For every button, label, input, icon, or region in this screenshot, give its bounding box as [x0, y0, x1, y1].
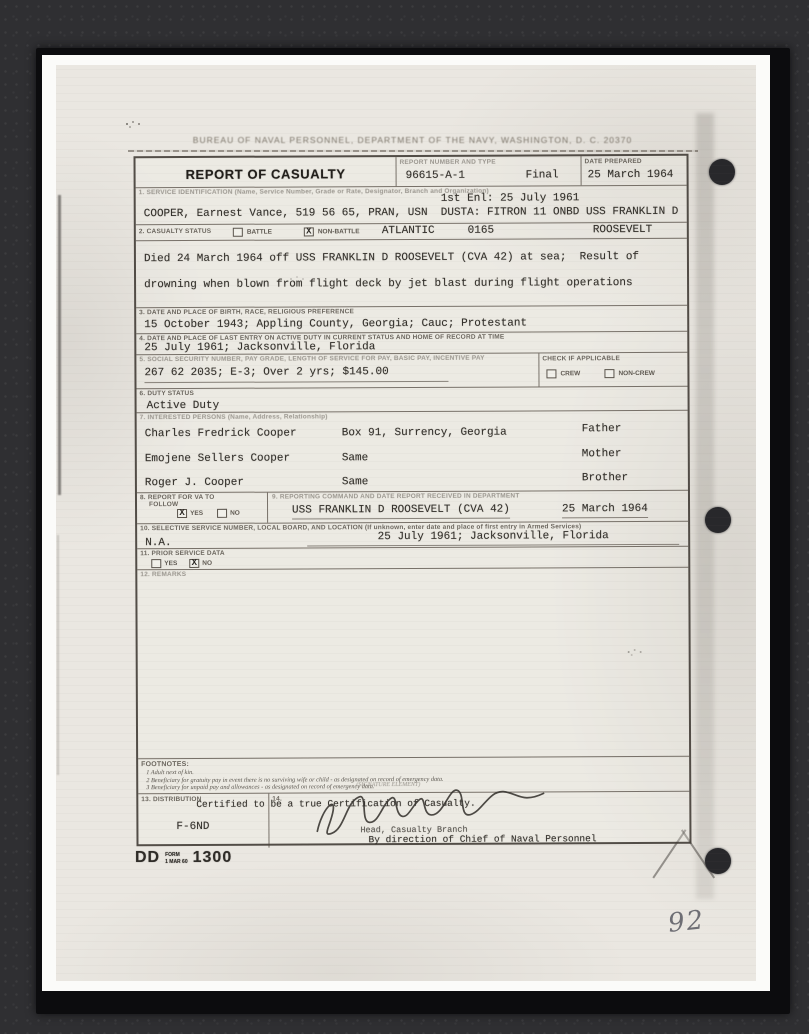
- hole-punch-dot: [705, 507, 731, 533]
- va-yes-checkbox-mark: X: [178, 507, 186, 517]
- casualty-description-line2: drowning when blown from flight deck by …: [144, 277, 633, 292]
- service-member-name: COOPER, Earnest Vance, 519 56 65, PRAN, …: [144, 207, 428, 221]
- letterhead: BUREAU OF NAVAL PERSONNEL, DEPARTMENT OF…: [135, 135, 690, 145]
- prior-no-checkbox-mark: X: [190, 557, 198, 567]
- service-identification-row: 1. SERVICE IDENTIFICATION (Name, Service…: [136, 186, 687, 225]
- va-no-checkbox: [217, 509, 227, 518]
- report-received-date: 25 March 1964: [562, 503, 648, 519]
- form-title-cell: REPORT OF CASUALTY: [136, 157, 396, 187]
- prior-yes-checkbox: [151, 559, 161, 568]
- non-battle-label: NON-BATTLE: [318, 228, 360, 235]
- report-type-value: Final: [526, 169, 559, 182]
- reporting-command-value: USS FRANKLIN D ROOSEVELT (CVA 42): [292, 504, 510, 520]
- form-header-row: REPORT OF CASUALTY REPORT NUMBER AND TYP…: [136, 156, 687, 188]
- ssn-pay-row: 5. SOCIAL SECURITY NUMBER, PAY GRADE, LE…: [136, 353, 687, 389]
- scan-gray-band: [696, 113, 714, 899]
- handwritten-page-number: 92: [667, 905, 707, 939]
- non-crew-label: NON-CREW: [618, 370, 654, 377]
- duty-station-continuation: ROOSEVELT: [593, 224, 652, 237]
- ssn-pay-value: 267 62 2035; E-3; Over 2 yrs; $145.00: [144, 366, 448, 384]
- casualty-form-table: REPORT OF CASUALTY REPORT NUMBER AND TYP…: [133, 154, 691, 846]
- casualty-description-line1: Died 24 March 1964 off USS FRANKLIN D RO…: [144, 251, 639, 266]
- distribution-certification-row: 13. DISTRIBUTION F-6ND 14. (SIGNATURE EL…: [138, 792, 689, 848]
- form-title: REPORT OF CASUALTY: [136, 166, 396, 182]
- va-yes-label: YES: [190, 510, 203, 517]
- birth-value: 15 October 1943; Appling County, Georgia…: [144, 317, 527, 332]
- hole-punch-dot: [709, 159, 735, 185]
- ssn-pay-label: 5. SOCIAL SECURITY NUMBER, PAY GRADE, LE…: [139, 355, 484, 365]
- prior-no-checkbox: X: [189, 559, 199, 568]
- last-entry-row: 4. DATE AND PLACE OF LAST ENTRY ON ACTIV…: [136, 332, 687, 355]
- divider: [396, 157, 397, 186]
- person-name: Roger J. Cooper: [145, 477, 244, 491]
- date-prepared-value: 25 March 1964: [588, 169, 674, 183]
- crew-checkbox: [546, 369, 556, 378]
- prior-service-label: 11. PRIOR SERVICE DATA: [140, 550, 225, 558]
- form-number-dd: DD: [135, 849, 160, 867]
- casualty-description-row: Died 24 March 1964 off USS FRANKLIN D RO…: [136, 239, 687, 308]
- birth-label: 3. DATE AND PLACE OF BIRTH, RACE, RELIGI…: [139, 308, 354, 317]
- non-battle-checkbox-mark: X: [305, 226, 313, 236]
- form-number-edition: 1 MAR 60: [165, 859, 188, 866]
- remarks-label: 12. REMARKS: [140, 571, 186, 579]
- divider: [538, 353, 539, 386]
- divider: [581, 156, 582, 185]
- crew-label: CREW: [560, 370, 580, 377]
- interested-persons-row: 7. INTERESTED PERSONS (Name, Address, Re…: [137, 411, 688, 493]
- service-identification-label: 1. SERVICE IDENTIFICATION (Name, Service…: [139, 188, 489, 198]
- person-name: Emojene Sellers Cooper: [145, 453, 290, 467]
- distribution-value: F-6ND: [176, 821, 209, 834]
- non-battle-checkbox: X: [304, 227, 314, 236]
- va-report-label-line2: FOLLOW: [149, 501, 178, 509]
- casualty-status-label: 2. CASUALTY STATUS: [139, 228, 212, 236]
- person-address: Same: [342, 452, 368, 465]
- photo-white-mat: BUREAU OF NAVAL PERSONNEL, DEPARTMENT OF…: [42, 55, 770, 991]
- prior-no-label: NO: [202, 560, 212, 567]
- signer-authority: By direction of Chief of Naval Personnel: [368, 833, 596, 845]
- page-background: { "scan": { "page_number": "92" }, "lett…: [0, 0, 809, 1034]
- battle-checkbox: [233, 228, 243, 237]
- selective-service-row: 10. SELECTIVE SERVICE NUMBER, LOCAL BOAR…: [137, 522, 688, 549]
- duty-status-label: 6. DUTY STATUS: [140, 390, 194, 398]
- hole-punch-dot: [705, 848, 731, 874]
- battle-label: BATTLE: [247, 229, 272, 236]
- scan-speckle: [124, 122, 126, 124]
- selective-service-entry-value: 25 July 1961; Jacksonville, Florida: [307, 530, 679, 547]
- check-if-applicable-label: CHECK IF APPLICABLE: [542, 355, 620, 363]
- va-yes-checkbox: X: [177, 509, 187, 518]
- non-crew-checkbox: [604, 369, 614, 378]
- prior-yes-label: YES: [164, 560, 177, 567]
- reporting-command-label: 9. REPORTING COMMAND AND DATE REPORT REC…: [272, 493, 520, 502]
- person-relationship: Mother: [582, 448, 622, 461]
- last-entry-value: 25 July 1961; Jacksonville, Florida: [144, 341, 375, 355]
- report-number-value: 96615-A-1: [406, 170, 465, 183]
- scanned-page: BUREAU OF NAVAL PERSONNEL, DEPARTMENT OF…: [56, 65, 756, 981]
- first-enlistment-value: 1st Enl: 25 July 1961: [441, 192, 580, 206]
- date-prepared-label: DATE PREPARED: [585, 158, 642, 166]
- distribution-label: 13. DISTRIBUTION: [141, 796, 201, 804]
- form-number-value: 1300: [193, 849, 233, 867]
- va-no-label: NO: [230, 510, 240, 517]
- scan-edge-streak: [58, 195, 61, 495]
- duty-status-value: Active Duty: [147, 400, 220, 414]
- stamp-rule-line: [128, 150, 698, 152]
- report-number-label: REPORT NUMBER AND TYPE: [400, 159, 496, 168]
- casualty-status-value: ATLANTIC 0165: [382, 225, 494, 239]
- va-reporting-row: 8. REPORT FOR VA TO FOLLOW X YES NO 9. R…: [137, 491, 688, 524]
- person-name: Charles Fredrick Cooper: [145, 428, 297, 442]
- person-relationship: Father: [582, 423, 622, 436]
- form-number-block: DD FORM 1 MAR 60 1300: [135, 849, 232, 867]
- remarks-row: 12. REMARKS: [137, 568, 689, 759]
- prior-service-row: 11. PRIOR SERVICE DATA YES X NO: [137, 547, 688, 570]
- duty-status-row: 6. DUTY STATUS Active Duty: [137, 387, 688, 413]
- person-address: Same: [342, 476, 368, 489]
- divider: [267, 493, 268, 523]
- interested-persons-label: 7. INTERESTED PERSONS (Name, Address, Re…: [140, 413, 328, 422]
- duty-station-value: DUSTA: FITRON 11 ONBD USS FRANKLIN D: [441, 206, 679, 220]
- birth-row: 3. DATE AND PLACE OF BIRTH, RACE, RELIGI…: [136, 306, 687, 334]
- scan-edge-streak: [57, 535, 59, 775]
- person-address: Box 91, Surrency, Georgia: [342, 427, 507, 441]
- scan-speckle: [626, 650, 628, 652]
- person-relationship: Brother: [582, 472, 628, 485]
- document-photo-frame: BUREAU OF NAVAL PERSONNEL, DEPARTMENT OF…: [36, 48, 790, 1014]
